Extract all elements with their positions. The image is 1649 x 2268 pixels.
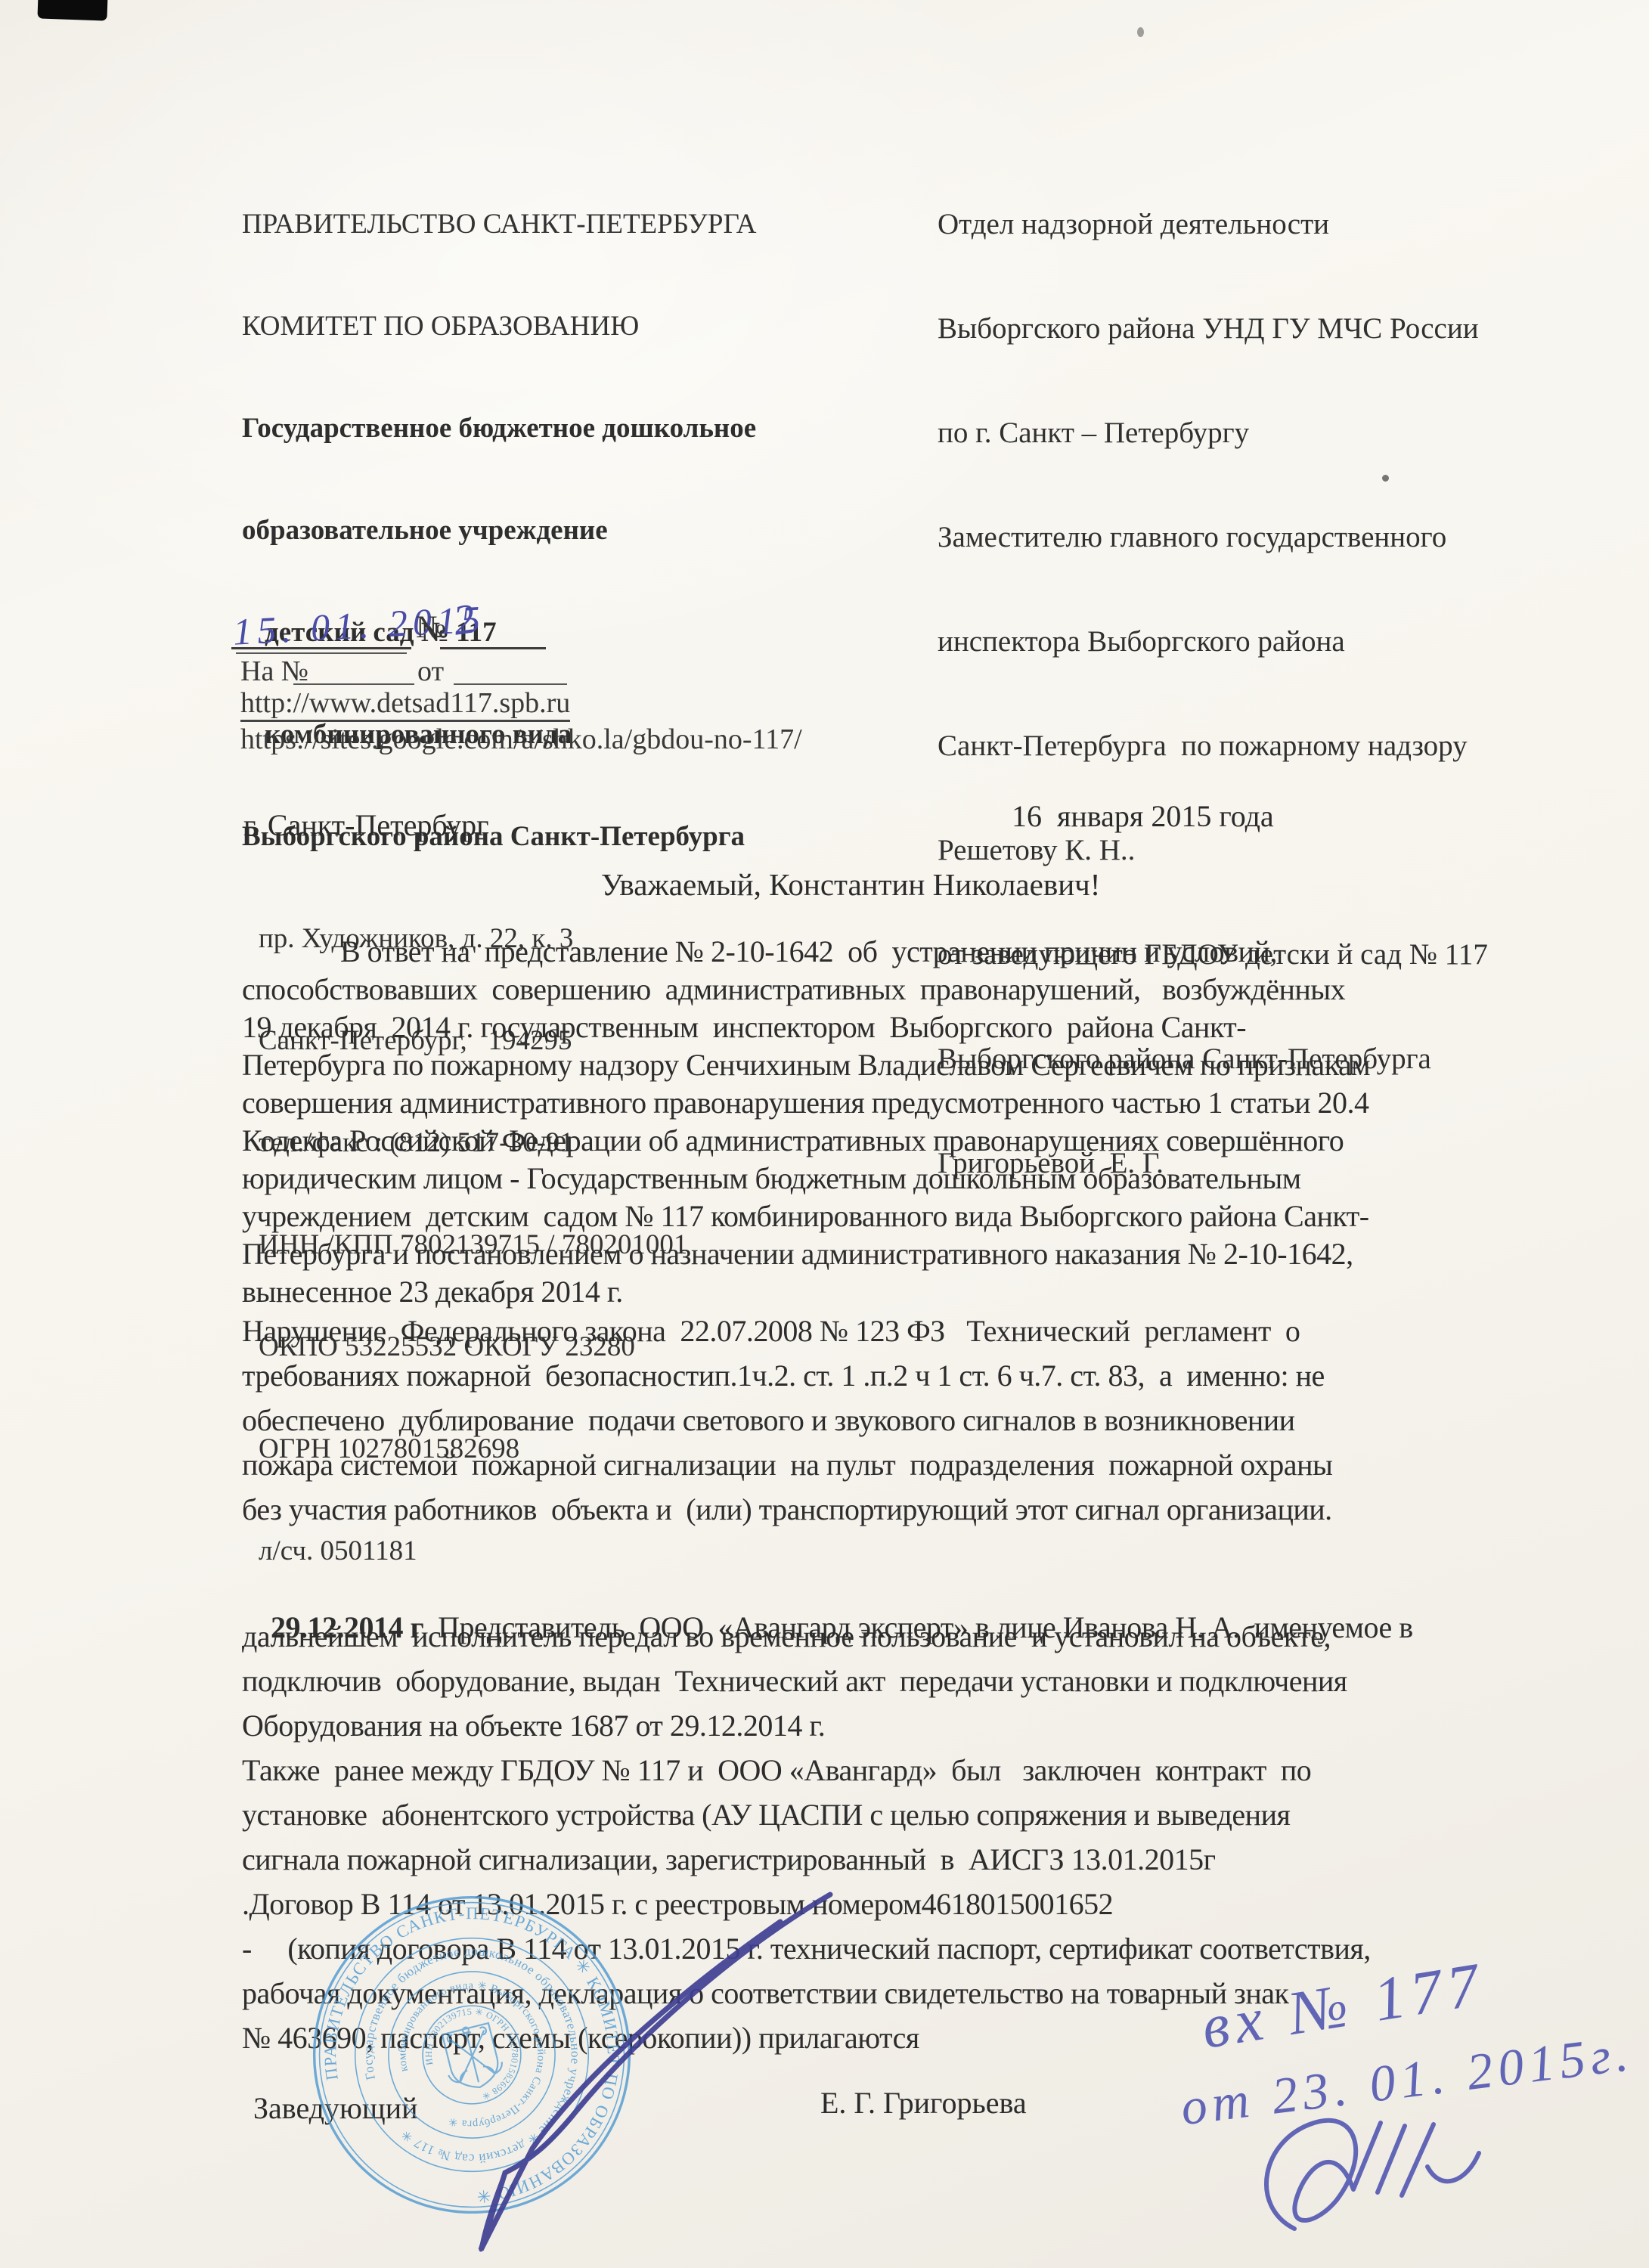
body-line: юридическим лицом - Государственным бюдж… bbox=[242, 1160, 1301, 1196]
scan-artifact-corner bbox=[37, 0, 107, 21]
signer-name: Е. Г. Григорьева bbox=[820, 2085, 1027, 2121]
body-line: Петербурга по пожарному надзору Сенчихин… bbox=[242, 1047, 1370, 1083]
place-line: г. Санкт-Петербург bbox=[243, 807, 489, 843]
recipient-line: Отдел надзорной деятельности bbox=[938, 207, 1488, 242]
body-line: Оборудования на объекте 1687 от 29.12.20… bbox=[242, 1708, 825, 1743]
ruled-line bbox=[454, 683, 567, 685]
body-line: сигнала пожарной сигнализации, зарегистр… bbox=[242, 1842, 1216, 1877]
ruled-line bbox=[231, 647, 411, 649]
recipient-address-block: Отдел надзорной деятельности Выборгского… bbox=[938, 138, 1488, 1250]
recipient-line: Санкт-Петербурга по пожарному надзору bbox=[938, 729, 1488, 764]
recipient-line: по г. Санкт – Петербургу bbox=[938, 416, 1488, 451]
ot-label: от bbox=[417, 655, 444, 688]
sender-line: образовательное учреждение bbox=[242, 513, 757, 547]
body-line: подключив оборудование, выдан Технически… bbox=[242, 1663, 1347, 1699]
body-line: Также ранее между ГБДОУ № 117 и ООО «Ава… bbox=[242, 1752, 1311, 1788]
body-line: Кодекса Российской Федерации об админист… bbox=[242, 1123, 1344, 1158]
body-line: обеспечено дублирование подачи светового… bbox=[242, 1402, 1295, 1438]
recipient-line: Выборгского района УНД ГУ МЧС России bbox=[938, 311, 1488, 346]
body-line: вынесенное 23 декабря 2014 г. bbox=[242, 1274, 623, 1309]
salutation: Уважаемый, Константин Николаевич! bbox=[601, 866, 1100, 903]
body-line: В ответ на представление № 2-10-1642 об … bbox=[242, 934, 1277, 969]
incoming-note-signature bbox=[1266, 2121, 1479, 2229]
sender-website-url: http://www.detsad117.spb.ru bbox=[240, 686, 570, 722]
body-line: требованиях пожарной безопасностип.1ч.2.… bbox=[242, 1358, 1325, 1393]
body-line: учреждением детским садом № 117 комбинир… bbox=[242, 1198, 1369, 1234]
body-line: 19 декабря 2014 г. государственным инспе… bbox=[242, 1009, 1246, 1045]
ruled-line bbox=[440, 647, 546, 649]
recipient-line: инспектора Выборгского района bbox=[938, 624, 1488, 659]
number-sign-label: № bbox=[416, 609, 446, 646]
date-line: 16 января 2015 года bbox=[1012, 798, 1274, 834]
body-line: без участия работников объекта и (или) т… bbox=[242, 1492, 1332, 1527]
recipient-line: Заместителю главного государственного bbox=[938, 520, 1488, 555]
body-line: способствовавших совершению администрати… bbox=[242, 971, 1345, 1007]
recipient-line: Решетову К. Н.. bbox=[938, 833, 1488, 868]
scanned-letter-page: ПРАВИТЕЛЬСТВО САНКТ-ПЕТЕРБУРГА КОМИТЕТ П… bbox=[0, 0, 1649, 2268]
sender-line: Государственное бюджетное дошкольное bbox=[242, 411, 757, 445]
body-line: установке абонентского устройства (АУ ЦА… bbox=[242, 1797, 1290, 1833]
stamp-coat-of-arms bbox=[439, 2021, 507, 2094]
scan-speck bbox=[1137, 27, 1144, 37]
sender-line: ПРАВИТЕЛЬСТВО САНКТ-ПЕТЕРБУРГА bbox=[242, 207, 757, 241]
sender-line: л/сч. 0501181 bbox=[242, 1534, 757, 1568]
body-line: совершения административного правонаруше… bbox=[242, 1085, 1369, 1120]
sender-google-site-url: https://sites.google.com/a/shko.la/gbdou… bbox=[240, 723, 802, 756]
body-line: пожара системой пожарной сигнализации на… bbox=[242, 1447, 1332, 1483]
body-line: дальнейшем исполнитель передал во времен… bbox=[242, 1619, 1331, 1654]
body-line: Нарушение Федерального закона 22.07.2008… bbox=[242, 1313, 1300, 1349]
ruled-line bbox=[293, 683, 414, 685]
ruled-line bbox=[236, 652, 407, 654]
sender-line: КОМИТЕТ ПО ОБРАЗОВАНИЮ bbox=[242, 309, 757, 343]
body-line: Петербурга и постановлением о назначении… bbox=[242, 1236, 1353, 1272]
